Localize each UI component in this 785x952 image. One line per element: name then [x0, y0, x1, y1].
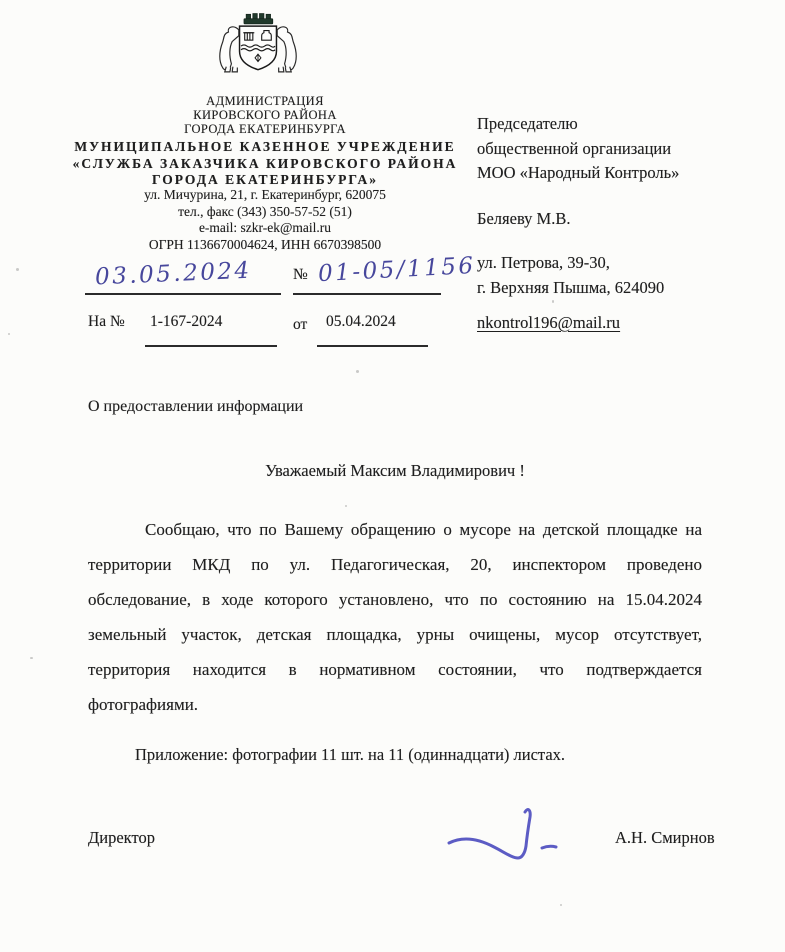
administration-line: ГОРОДА ЕКАТЕРИНБУРГА	[85, 122, 445, 136]
signer-name: А.Н. Смирнов	[615, 828, 715, 848]
organization-address: ул. Мичурина, 21, г. Екатеринбург, 62007…	[85, 187, 445, 204]
recipient-name: Беляеву М.В.	[477, 209, 752, 229]
handwritten-signature-icon	[443, 796, 578, 868]
organization-line: «СЛУЖБА ЗАКАЗЧИКА КИРОВСКОГО РАЙОНА	[55, 156, 475, 173]
reply-reference-label: На №	[88, 313, 125, 331]
outgoing-number-handwritten: 01-05/1156	[317, 253, 476, 287]
reply-reference-date: 05.04.2024	[326, 313, 396, 331]
recipient-title-lines: Председателю общественной организации МО…	[477, 112, 752, 186]
body-line: Сообщаю, что по Вашему обращению о мусор…	[88, 512, 702, 547]
administration-header: АДМИНИСТРАЦИЯ КИРОВСКОГО РАЙОНА ГОРОДА Е…	[85, 94, 445, 136]
organization-line: МУНИЦИПАЛЬНОЕ КАЗЕННОЕ УЧРЕЖДЕНИЕ	[55, 139, 475, 156]
scan-noise-speck	[16, 268, 19, 271]
recipient-email: nkontrol196@mail.ru	[477, 313, 752, 333]
body-line: земельный участок, детская площадка, урн…	[88, 617, 702, 652]
organization-contacts: ул. Мичурина, 21, г. Екатеринбург, 62007…	[85, 187, 445, 253]
number-underline	[293, 293, 441, 295]
outgoing-date-handwritten: 03.05.2024	[95, 258, 253, 291]
reply-reference-number: 1-167-2024	[150, 313, 222, 331]
recipient-address-line: ул. Петрова, 39-30,	[477, 250, 752, 275]
reply-date-underline	[317, 345, 428, 347]
recipient-address-line: г. Верхняя Пышма, 624090	[477, 275, 752, 300]
administration-line: АДМИНИСТРАЦИЯ	[85, 94, 445, 108]
reply-number-underline	[145, 345, 277, 347]
organization-email: e-mail: szkr-ek@mail.ru	[85, 220, 445, 237]
organization-phone: тел., факс (343) 350-57-52 (51)	[85, 204, 445, 221]
attachment-line: Приложение: фотографии 11 шт. на 11 (оди…	[88, 745, 702, 765]
subject-line: О предоставлении информации	[88, 398, 303, 416]
body-line: обследование, в ходе которого установлен…	[88, 582, 702, 617]
body-paragraph: Сообщаю, что по Вашему обращению о мусор…	[88, 512, 702, 722]
reply-from-label: от	[293, 316, 307, 334]
recipient-address: ул. Петрова, 39-30, г. Верхняя Пышма, 62…	[477, 250, 752, 300]
administration-line: КИРОВСКОГО РАЙОНА	[85, 108, 445, 122]
recipient-block: Председателю общественной организации МО…	[477, 112, 752, 333]
organization-name: МУНИЦИПАЛЬНОЕ КАЗЕННОЕ УЧРЕЖДЕНИЕ «СЛУЖБ…	[55, 139, 475, 189]
number-sign-label: №	[293, 266, 308, 284]
salutation: Уважаемый Максим Владимирович !	[88, 461, 702, 481]
recipient-title-line: Председателю	[477, 112, 752, 137]
organization-registration: ОГРН 1136670004624, ИНН 6670398500	[85, 237, 445, 254]
recipient-title-line: МОО «Народный Контроль»	[477, 161, 752, 186]
scan-noise-speck	[560, 904, 562, 906]
body-line: фотографиями.	[88, 687, 702, 722]
date-underline	[85, 293, 281, 295]
scan-noise-speck	[345, 505, 347, 507]
scan-noise-speck	[30, 657, 33, 659]
scanned-letter-page: АДМИНИСТРАЦИЯ КИРОВСКОГО РАЙОНА ГОРОДА Е…	[0, 0, 785, 952]
body-line: территория находится в нормативном состо…	[88, 652, 702, 687]
body-line: территории МКД по ул. Педагогическая, 20…	[88, 547, 702, 582]
scan-noise-speck	[8, 333, 10, 335]
scan-noise-speck	[552, 300, 554, 303]
scan-noise-speck	[356, 370, 359, 373]
coat-of-arms-yekaterinburg-icon	[210, 6, 306, 92]
recipient-title-line: общественной организации	[477, 137, 752, 162]
signer-position-title: Директор	[88, 828, 155, 848]
